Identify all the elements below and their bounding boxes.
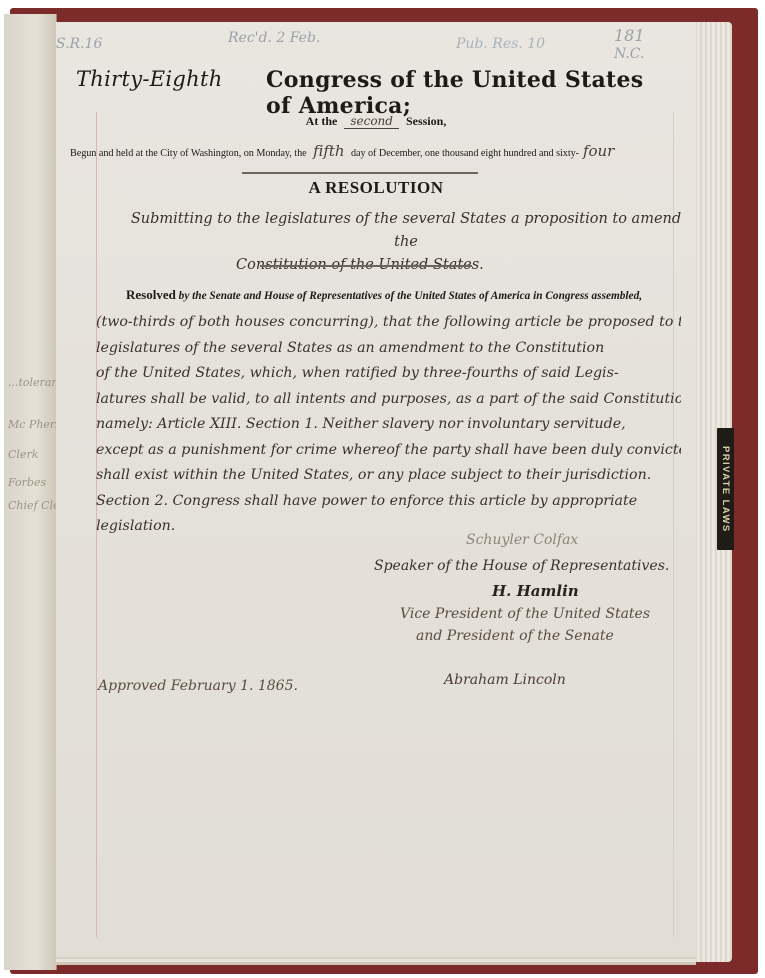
president-signature: Abraham Lincoln — [444, 672, 566, 688]
pencil-note-folio-sub: N.C. — [614, 46, 644, 62]
session-value: second — [344, 114, 399, 129]
resolution-page: S.R.16 Rec'd. 2 Feb. Pub. Res. 10 181 N.… — [56, 22, 696, 957]
congress-number: Thirty-Eighth — [76, 66, 223, 91]
body-line: legislatures of the several States as an… — [96, 340, 681, 366]
pencil-note-public-resolution: Pub. Res. 10 — [456, 36, 545, 52]
pencil-note-received: Rec'd. 2 Feb. — [228, 30, 320, 46]
vp-title-line-1: Vice President of the United States — [400, 606, 650, 622]
resolved-lead: Resolved — [126, 287, 176, 302]
body-line: shall exist within the United States, or… — [96, 467, 681, 493]
approved-date: Approved February 1. 1865. — [98, 678, 298, 694]
resolution-heading: A RESOLUTION — [56, 178, 696, 198]
speaker-signature: Schuyler Colfax — [466, 532, 578, 548]
body-line: Section 2. Congress shall have power to … — [96, 493, 681, 519]
divider-bottom — [260, 265, 472, 267]
vp-title-line-2: and President of the Senate — [416, 628, 614, 644]
left-margin-note: Clerk — [8, 448, 38, 461]
left-margin-note: Forbes — [8, 476, 46, 489]
body-line: latures shall be valid, to all intents a… — [96, 391, 681, 417]
session-suffix: Session, — [406, 114, 446, 128]
vp-signature: H. Hamlin — [492, 582, 579, 600]
body-line: namely: Article XIII. Section 1. Neither… — [96, 416, 681, 442]
body-line: of the United States, which, when ratifi… — [96, 365, 681, 391]
congress-number-text: Thirty-Eighth — [76, 67, 223, 91]
resolved-clause: Resolved by the Senate and House of Repr… — [126, 287, 686, 303]
session-prefix: At the — [306, 114, 338, 128]
resolution-body: (two-thirds of both houses concurring), … — [96, 314, 681, 544]
subtitle-line-1: Submitting to the legislatures of the se… — [126, 208, 686, 254]
title-row: Thirty-Eighth Congress of the United Sta… — [76, 66, 676, 106]
volume-tab-label: PRIVATE LAWS — [717, 428, 734, 550]
body-line: except as a punishment for crime whereof… — [96, 442, 681, 468]
speaker-title: Speaker of the House of Representatives. — [374, 558, 669, 574]
session-line: At the second Session, — [56, 114, 696, 129]
begun-prefix: Begun and held at the City of Washington… — [70, 148, 307, 159]
begun-line: Begun and held at the City of Washington… — [70, 142, 690, 160]
begun-year: four — [583, 142, 614, 160]
pencil-note-folio: 181 — [614, 26, 645, 45]
begun-middle: day of December, one thousand eight hund… — [351, 148, 579, 159]
body-line: (two-thirds of both houses concurring), … — [96, 314, 681, 340]
divider-top — [242, 172, 478, 174]
facing-left-page: ...tolerance Mc Pherson Clerk Forbes Chi… — [4, 14, 57, 970]
resolved-text: by the Senate and House of Representativ… — [179, 290, 642, 302]
begun-day: fifth — [313, 142, 344, 160]
body-line: legislation. — [96, 518, 681, 544]
congress-title: Congress of the United States of America… — [266, 67, 676, 119]
pencil-note-sr: S.R.16 — [56, 36, 102, 52]
